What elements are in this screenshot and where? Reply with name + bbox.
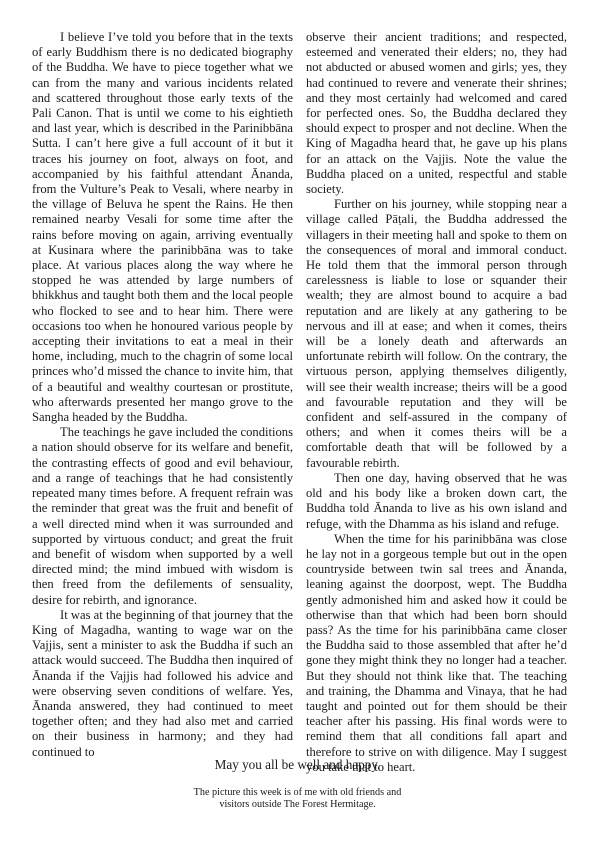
closing-blessing: May you all be well and happy. [0,757,595,773]
paragraph: Then one day, having observed that he wa… [306,471,567,532]
paragraph-continued: observe their ancient traditions; and re… [306,30,567,197]
caption-line: The picture this week is of me with old … [0,787,595,799]
paragraph: It was at the beginning of that journey … [32,608,293,760]
left-column: I believe I’ve told you before that in t… [32,30,293,760]
paragraph: Further on his journey, while stopping n… [306,197,567,471]
paragraph: The teachings he gave included the condi… [32,425,293,607]
right-column: observe their ancient traditions; and re… [306,30,567,775]
paragraph: When the time for his parinibbāna was cl… [306,532,567,775]
picture-caption: The picture this week is of me with old … [0,787,595,811]
caption-line: visitors outside The Forest Hermitage. [0,799,595,811]
document-page: I believe I’ve told you before that in t… [0,0,595,842]
paragraph: I believe I’ve told you before that in t… [32,30,293,425]
